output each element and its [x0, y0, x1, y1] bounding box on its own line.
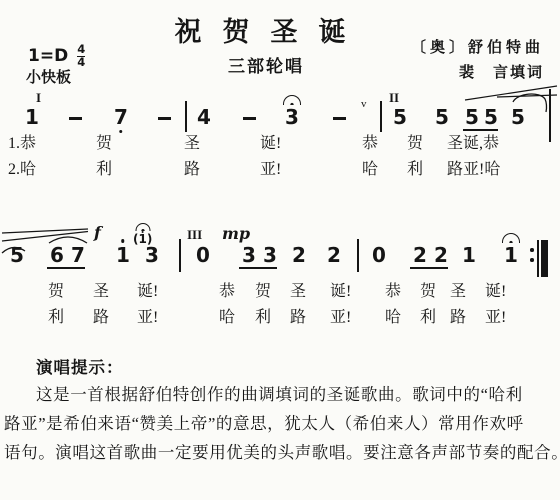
note: 4 — [197, 107, 211, 127]
lyric-syllable: 圣 — [93, 284, 109, 300]
beam-line — [410, 267, 448, 269]
note: 3 — [263, 245, 277, 265]
performance-notes-heading: 演唱提示： — [36, 354, 124, 378]
lyric-syllable: 1.恭 — [8, 136, 36, 152]
lyric-syllable: 利 — [48, 310, 64, 326]
lyric-syllable: 亚! — [485, 310, 506, 326]
lyric-syllable: 圣 — [450, 284, 466, 300]
lyric-syllable: 诞! — [137, 284, 158, 300]
note: 3 — [242, 245, 256, 265]
note: 5 — [10, 245, 24, 265]
performance-notes-line: 这是一首根据舒伯特创作的曲调填词的圣诞歌曲。歌词中的“哈利 — [36, 381, 523, 405]
lyric-syllable: 圣 — [184, 136, 200, 152]
voice-entry-marker-2: II — [389, 91, 399, 104]
note: 7 — [71, 245, 85, 265]
lyric-syllable: 贺 — [420, 284, 436, 300]
note: 5 — [511, 107, 525, 127]
note: 1 — [25, 107, 39, 127]
performance-notes-line: 语句。演唱这首歌曲一定要用优美的头声歌唱。要注意各声部节奏的配合。 — [4, 439, 560, 463]
voice-entry-marker-1: I — [36, 91, 41, 104]
lyric-syllable: 路 — [450, 310, 466, 326]
beam-line — [47, 267, 85, 269]
breath-mark: v — [361, 99, 367, 110]
beam-line — [239, 267, 277, 269]
note: 0 — [372, 245, 386, 265]
note: 3 — [285, 107, 299, 127]
note: 3 — [145, 245, 159, 265]
barline — [179, 239, 181, 272]
lyric-syllable: 恭 — [362, 136, 378, 152]
lyric-syllable: 路 — [184, 162, 200, 178]
lyric-syllable: 哈 — [385, 310, 401, 326]
dynamic-mezzo-piano: mp — [222, 226, 250, 242]
lyric-syllable: 路 — [290, 310, 306, 326]
lyric-syllable: 利 — [255, 310, 271, 326]
sheet-music-page: 祝贺圣诞 1=D 4 4 小快板 三部轮唱 〔奥〕舒伯特曲 裴 言填词 I1-7… — [0, 0, 560, 500]
repeat-dot — [530, 248, 534, 252]
note: 1 — [462, 245, 476, 265]
lyric-syllable: 贺 — [48, 284, 64, 300]
duration-dash: - — [158, 117, 171, 120]
lyric-syllable: 贺 — [255, 284, 271, 300]
note: 2 — [327, 245, 341, 265]
duration-dash: - — [243, 117, 256, 120]
final-barline-thin — [537, 240, 539, 277]
lyric-syllable: 亚! — [330, 310, 351, 326]
lyric-syllable: 哈 — [219, 310, 235, 326]
note: 2 — [434, 245, 448, 265]
barline — [185, 101, 187, 132]
lyric-syllable: 利 — [407, 162, 423, 178]
dynamic-forte: f — [94, 225, 101, 241]
voice-entry-marker-3: III — [187, 228, 202, 241]
note: 5 — [465, 107, 479, 127]
lyric-syllable: 哈 — [362, 162, 378, 178]
lyric-syllable: 利 — [420, 310, 436, 326]
note: 2 — [292, 245, 306, 265]
note: 0 — [196, 245, 210, 265]
note: 2 — [413, 245, 427, 265]
lyric-syllable: 圣 — [290, 284, 306, 300]
lyric-syllable: 诞! — [485, 284, 506, 300]
final-barline-thick — [541, 240, 548, 277]
note: 1 — [116, 245, 130, 265]
lyric-syllable: 路 — [93, 310, 109, 326]
note: 5 — [435, 107, 449, 127]
lyric-syllable: 恭 — [219, 284, 235, 300]
performance-notes-line: 路亚”是希伯来语“赞美上帝”的意思，犹太人（希伯来人）常用作欢呼 — [4, 410, 524, 434]
note: 6 — [50, 245, 64, 265]
lyric-syllable: 圣诞,恭 — [447, 136, 499, 152]
duration-dash: - — [333, 117, 346, 120]
note: 1 — [504, 245, 518, 265]
note: 5 — [393, 107, 407, 127]
lyric-syllable: 诞! — [330, 284, 351, 300]
lyric-syllable: 利 — [96, 162, 112, 178]
barline — [357, 239, 359, 272]
lyric-syllable: 路亚!哈 — [447, 162, 500, 178]
repeat-dot — [530, 258, 534, 262]
beam-line — [463, 129, 498, 131]
lyric-syllable: 贺 — [96, 136, 112, 152]
lyric-syllable: 贺 — [407, 136, 423, 152]
barline — [549, 89, 551, 142]
barline — [380, 101, 382, 132]
lyric-syllable: 亚! — [137, 310, 158, 326]
duration-dash: - — [69, 117, 82, 120]
lyric-syllable: 2.哈 — [8, 162, 36, 178]
lyric-syllable: 恭 — [385, 284, 401, 300]
note: 7 — [114, 107, 128, 127]
lyric-syllable: 诞! — [260, 136, 281, 152]
lyric-syllable: 亚! — [260, 162, 281, 178]
note: 5 — [484, 107, 498, 127]
